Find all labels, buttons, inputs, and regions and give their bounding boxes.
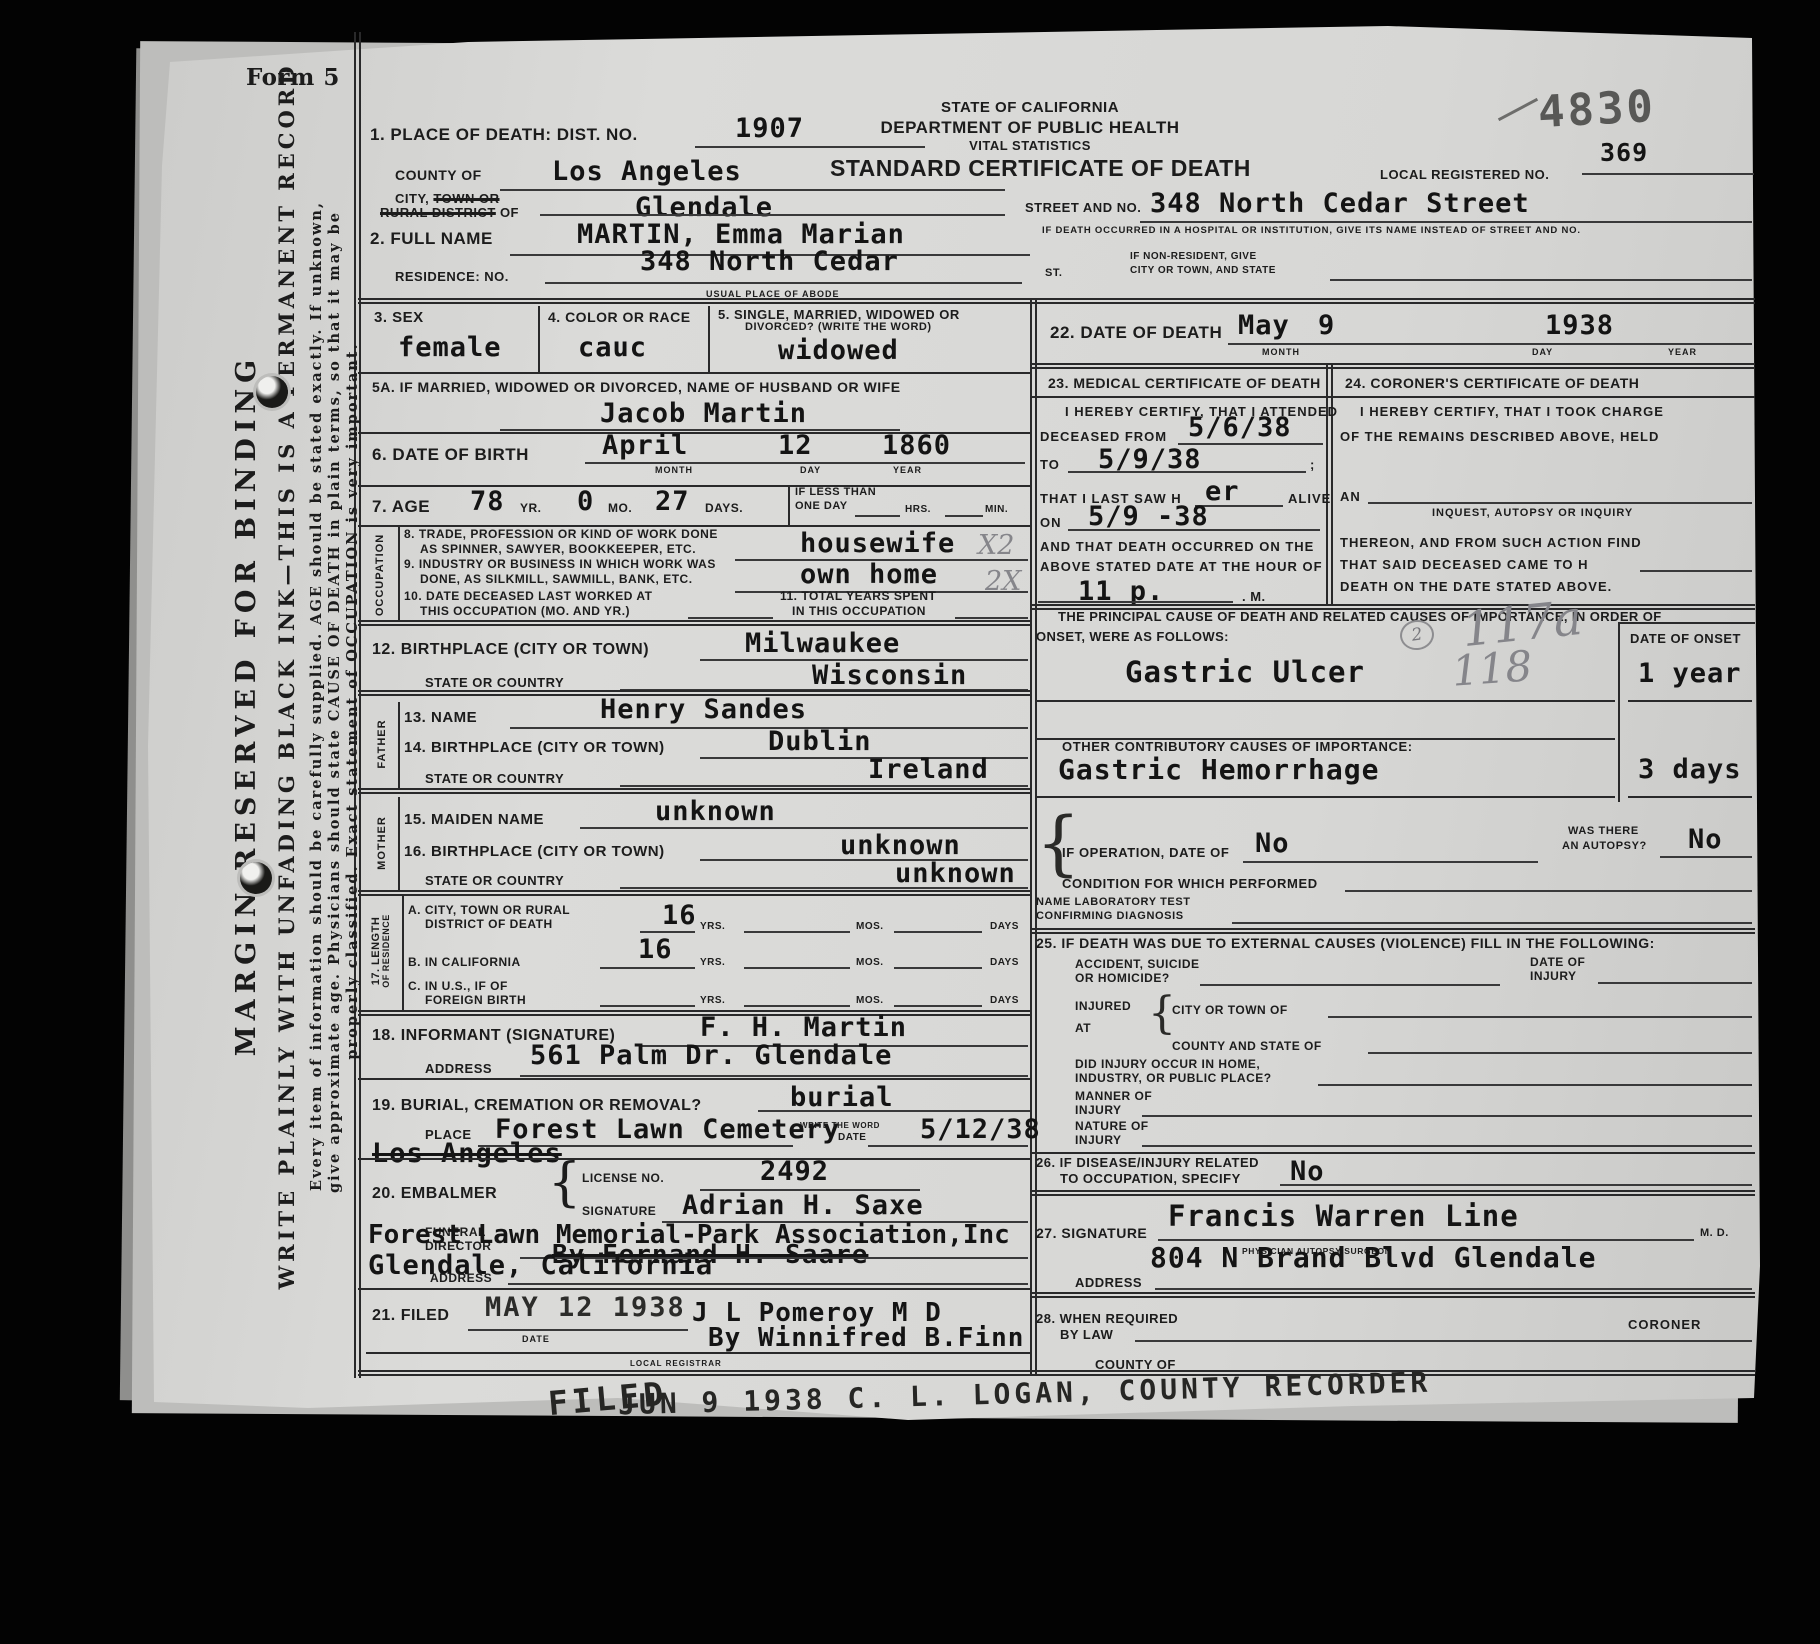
value-birth-day: 12 [778,432,813,459]
sublabel-month: MONTH [655,466,693,475]
rule [1368,502,1752,504]
rule [1280,1184,1752,1186]
rule [366,1352,1030,1354]
label-filed-date: DATE [522,1335,550,1344]
rule [538,306,540,372]
rule [1068,529,1320,531]
rule [1068,471,1306,473]
value-residence: 348 North Cedar [640,248,899,275]
value-other-cause: Gastric Hemorrhage [1058,756,1379,784]
label-lab-test1: NAME LABORATORY TEST [1036,897,1191,909]
rule [1032,1152,1755,1154]
label-sex: 3. SEX [374,310,424,326]
label-md: M. D. [1700,1228,1729,1240]
label-date-of-death: 22. DATE OF DEATH [1050,324,1222,342]
label-burial: 19. BURIAL, CREMATION OR REMOVAL? [372,1098,702,1115]
rule [894,931,982,933]
label-days-b: DAYS [990,958,1019,969]
label-embalmer-signature: SIGNATURE [582,1205,656,1218]
label-at: AT [1075,1022,1091,1035]
value-birth-year: 1860 [882,432,951,459]
rule [758,1110,1030,1112]
label-st: ST. [1045,268,1062,280]
note-write-the-word: WRITE THE WORD [800,1122,880,1130]
label-was-there: WAS THERE [1568,826,1639,838]
value-maiden-name: unknown [655,798,776,825]
rule [1135,1340,1752,1342]
rule [744,1005,850,1007]
value-burial: burial [790,1084,894,1111]
label-alive: ALIVE [1288,492,1331,506]
sidelabel-father: FATHER [370,702,396,786]
label-county-of-bottom: COUNTY OF [1095,1358,1176,1372]
header-department: DEPARTMENT OF PUBLIC HEALTH [855,119,1205,137]
rule [1628,700,1752,702]
label-filed: 21. FILED [372,1308,449,1325]
label-accident2: OR HOMICIDE? [1075,972,1170,985]
rule [1318,1084,1752,1086]
label-27-address: ADDRESS [1075,1276,1142,1290]
label-date-of-injury1: DATE OF [1530,956,1585,969]
sublabel-day: DAY [800,466,821,475]
value-26-no: No [1290,1158,1325,1185]
label-26-2: TO OCCUPATION, SPECIFY [1060,1172,1241,1186]
rule [398,702,400,788]
value-marital: widowed [778,337,899,364]
margin-note-line2: give approximate age. Physicians should … [326,188,344,1216]
label-min: MIN. [985,505,1008,516]
sublabel-death-year: YEAR [1668,348,1697,357]
rule [398,527,400,622]
value-17a-years: 16 [662,902,697,929]
label-9b: DONE, AS SILKMILL, SAWMILL, BANK, ETC. [420,573,693,586]
sublabel-death-month: MONTH [1262,348,1300,357]
value-embalmer-address: Glendale, California [368,1252,713,1279]
rule [1142,1145,1752,1147]
value-local-registered-no: 369 [1600,140,1648,165]
margin-binding-text: MARGIN RESERVED FOR BINDING [226,396,268,1014]
label-mother-state: STATE OR COUNTRY [425,874,564,888]
label-mos-b: MOS. [856,958,884,969]
label-lab-test2: CONFIRMING DIAGNOSIS [1036,911,1184,923]
value-age-years: 78 [470,488,505,515]
label-condition-performed: CONDITION FOR WHICH PERFORMED [1062,877,1318,891]
rule [1142,1115,1752,1117]
label-local-registered-no: LOCAL REGISTERED NO. [1380,168,1549,182]
rule [358,620,1032,626]
value-mother-birthplace: unknown [840,832,961,859]
value-spouse: Jacob Martin [600,400,807,427]
sidelabel-occupation: OCCUPATION [368,527,394,623]
rule [945,515,983,517]
value-father-name: Henry Sandes [600,696,807,723]
stamp-number: 4830 [1537,85,1657,135]
pencil-118: 118 [1451,645,1534,692]
rule [585,462,1025,464]
rule [540,214,1005,216]
rule [358,788,1032,794]
rule [1140,221,1752,223]
rule [1345,890,1752,892]
rule [1032,1292,1755,1298]
value-attended-to: 5/9/38 [1098,446,1202,473]
value-attended-from: 5/6/38 [1188,414,1292,441]
value-birthplace-state: Wisconsin [812,662,967,689]
rule [1628,796,1752,798]
label-burial-date: DATE [838,1133,866,1144]
label-hrs: HRS. [905,505,931,516]
header-state: STATE OF CALIFORNIA [880,100,1180,116]
text-24-6: THAT SAID DECEASED CAME TO H [1340,558,1589,572]
label-injury-home1: DID INJURY OCCUR IN HOME, [1075,1058,1260,1071]
label-28-1: 28. WHEN REQUIRED [1036,1312,1178,1326]
text-24-5: THEREON, AND FROM SUCH ACTION FIND [1340,536,1642,550]
rule [1032,396,1755,398]
value-license-no: 2492 [760,1158,829,1185]
value-death-year: 1938 [1545,312,1614,339]
rule [1660,856,1752,858]
value-principal-cause: Gastric Ulcer [1125,658,1365,687]
value-onset-1: 1 year [1638,660,1742,687]
value-physician-signature: Francis Warren Line [1168,1202,1519,1231]
text-23-7: AND THAT DEATH OCCURRED ON THE [1040,540,1314,554]
value-full-name: MARTIN, Emma Marian [577,221,905,248]
label-date-of-onset: DATE OF ONSET [1630,632,1741,646]
label-city-town: CITY, TOWN OR [395,192,500,206]
rule [1328,1016,1752,1018]
rule [744,931,850,933]
label-17b: B. IN CALIFORNIA [408,956,521,969]
header-medical-certificate: 23. MEDICAL CERTIFICATE OF DEATH [1048,376,1321,391]
value-death-day: 9 [1318,312,1335,339]
label-yrs-a: YRS. [700,922,725,933]
label-state-or-country: STATE OR COUNTRY [425,676,564,690]
rule [580,827,1028,829]
value-physician-address: 804 N Brand Blvd Glendale [1150,1244,1596,1272]
label-father-birthplace: 14. BIRTHPLACE (CITY OR TOWN) [404,740,665,756]
label-father-name: 13. NAME [404,710,477,726]
label-nature-of: NATURE OF [1075,1120,1149,1133]
rule [955,617,1028,619]
text-24-2: OF THE REMAINS DESCRIBED ABOVE, HELD [1340,430,1659,444]
value-sex: female [398,334,502,361]
value-autopsy-no: No [1688,826,1723,853]
label-accident1: ACCIDENT, SUICIDE [1075,958,1200,971]
label-17c1: C. IN U.S., IF OF [408,980,508,993]
note-nonresident2: CITY OR TOWN, AND STATE [1130,266,1276,277]
rule [688,617,773,619]
value-registrar-by: By Winnifred B.Finn [708,1325,1024,1351]
rule [600,1005,695,1007]
sidelabel-mother: MOTHER [370,797,396,889]
label-27-signature: 27. SIGNATURE [1036,1226,1147,1241]
value-onset-2: 3 days [1638,756,1742,783]
rule [358,372,1032,374]
rule [1618,622,1755,624]
label-local-registrar: LOCAL REGISTRAR [630,1360,722,1368]
rule [358,1010,1032,1016]
header-coroner-certificate: 24. CORONER'S CERTIFICATE OF DEATH [1345,376,1639,391]
label-city-or-town-of: CITY OR TOWN OF [1172,1004,1288,1017]
margin-note-line1: Every item of information should be care… [308,176,326,1216]
label-county-of: COUNTY OF [395,168,482,183]
label-8a: 8. TRADE, PROFESSION OR KIND OF WORK DON… [404,528,718,541]
rule [1243,861,1538,863]
label-birthplace: 12. BIRTHPLACE (CITY OR TOWN) [372,642,649,659]
rule [358,890,1032,896]
rule [1330,279,1752,281]
rule [545,282,1022,284]
rule [1155,1288,1752,1290]
label-11b: IN THIS OCCUPATION [792,605,926,618]
margin-note-line3: properly classified. Exact statement of … [344,306,362,1096]
value-street: 348 North Cedar Street [1150,190,1530,217]
label-yrs-c: YRS. [700,996,725,1007]
label-inquest: INQUEST, AUTOPSY OR INQUIRY [1432,508,1633,520]
label-marital2: DIVORCED? (WRITE THE WORD) [745,322,932,334]
rule [1232,922,1752,924]
value-county: Los Angeles [552,158,742,185]
rule [788,485,790,525]
value-informant-address: 561 Palm Dr. Glendale [530,1042,892,1069]
label-nature-injury: INJURY [1075,1134,1122,1147]
label-days: DAYS. [705,502,743,515]
label-less-than1: IF LESS THAN [795,487,876,499]
value-operation-no: No [1255,830,1290,857]
label-license-no: LICENSE NO. [582,1172,664,1185]
label-embalmer-address: ADDRESS [430,1272,492,1285]
rule [600,967,695,969]
value-age-months: 0 [577,488,594,515]
label-injury-home2: INDUSTRY, OR PUBLIC PLACE? [1075,1072,1272,1085]
sublabel-year: YEAR [893,466,922,475]
label-if-operation: IF OPERATION, DATE OF [1062,846,1229,860]
value-17b-years: 16 [638,936,673,963]
header-title: STANDARD CERTIFICATE OF DEATH [830,156,1240,180]
value-filed-date: MAY 12 1938 [485,1294,686,1321]
label-embalmer: 20. EMBALMER [372,1186,497,1203]
label-to: TO [1040,458,1060,472]
label-on: ON [1040,516,1062,530]
text-23-8: ABOVE STATED DATE AT THE HOUR OF [1040,560,1323,574]
label-manner-injury: INJURY [1075,1104,1122,1117]
label-yrs-b: YRS. [700,958,725,969]
scanned-death-certificate: Form 5 MARGIN RESERVED FOR BINDING WRITE… [0,0,1820,1644]
label-father-state: STATE OR COUNTRY [425,772,564,786]
label-full-name: 2. FULL NAME [370,230,493,248]
label-place-of-death: 1. PLACE OF DEATH: DIST. NO. [370,126,638,144]
label-mos-a: MOS. [856,922,884,933]
rule [500,429,900,431]
rule [868,1145,1028,1147]
label-17c2: FOREIGN BIRTH [425,994,526,1007]
label-deceased-from: DECEASED FROM [1040,430,1167,444]
rule [358,1078,1032,1080]
value-struck-los-angeles: Los Angeles [372,1140,562,1167]
rule [894,967,982,969]
value-color-race: cauc [578,334,647,361]
label-county-state-of: COUNTY AND STATE OF [1172,1040,1322,1053]
label-color-race: 4. COLOR OR RACE [548,310,691,325]
rule [1032,1190,1755,1196]
label-17a2: DISTRICT OF DEATH [425,918,553,931]
text-24-1: I HEREBY CERTIFY, THAT I TOOK CHARGE [1360,405,1664,419]
label-other-contributory: OTHER CONTRIBUTORY CAUSES OF IMPORTANCE: [1062,740,1413,754]
note-nonresident1: IF NON-RESIDENT, GIVE [1130,252,1257,263]
header-vital-statistics: VITAL STATISTICS [905,139,1155,153]
punch-hole [240,862,272,894]
struck-town-or: TOWN OR [433,191,499,206]
label-less-than2: ONE DAY [795,501,848,513]
label-an: AN [1340,490,1361,504]
rule [1032,363,1755,369]
rule [500,189,1005,191]
label-spouse: 5A. IF MARRIED, WIDOWED OR DIVORCED, NAM… [372,380,901,395]
value-birthplace-city: Milwaukee [745,630,900,657]
label-10b: THIS OCCUPATION (MO. AND YR.) [420,605,630,618]
value-city: Glendale [635,194,773,221]
label-m: . M. [1242,590,1266,604]
rule [1618,622,1620,802]
rule [508,1283,1028,1285]
rule [1326,363,1333,605]
rule [398,797,400,890]
label-mos-c: MOS. [856,996,884,1007]
label-rural-district: RURAL DISTRICT OF [380,206,519,220]
label-days-a: DAYS [990,922,1019,933]
rule [1032,928,1755,934]
rule [894,1005,982,1007]
header-external-causes: 25. IF DEATH WAS DUE TO EXTERNAL CAUSES … [1036,936,1655,951]
label-26-1: 26. IF DISEASE/INJURY RELATED [1036,1156,1259,1170]
label-coroner: CORONER [1628,1318,1701,1332]
text-semicolon: ; [1310,458,1315,472]
brace-glyph: { [1036,812,1081,875]
label-8b: AS SPINNER, SAWYER, BOOKKEEPER, ETC. [420,543,696,556]
label-mother-birthplace: 16. BIRTHPLACE (CITY OR TOWN) [404,844,665,860]
sublabel-death-day: DAY [1532,348,1553,357]
rule [358,298,1755,304]
note-hospital: IF DEATH OCCURRED IN A HOSPITAL OR INSTI… [1042,226,1581,236]
label-date-of-birth: 6. DATE OF BIRTH [372,446,529,464]
label-street-no: STREET AND NO. [1025,201,1141,215]
rule [358,1288,1032,1290]
rule [468,1329,688,1331]
pencil-mark-8: X2 [978,532,1014,559]
rule [402,894,404,1010]
label-mo: MO. [608,502,632,515]
rule [1035,796,1615,798]
label-age: 7. AGE [372,498,430,516]
rule [1640,570,1752,572]
label-9a: 9. INDUSTRY OR BUSINESS IN WHICH WORK WA… [404,558,716,571]
value-district-no: 1907 [735,115,804,142]
rule [520,1075,1028,1077]
label-residence-no: RESIDENCE: NO. [395,270,509,284]
label-days-c: DAYS [990,996,1019,1007]
value-industry: own home [800,561,938,588]
label-11a: 11. TOTAL YEARS SPENT [780,590,936,603]
value-last-saw-date: 5/9 -38 [1088,503,1209,530]
punch-hole [256,376,288,408]
label-injured: INJURED [1075,1000,1131,1013]
struck-rural-district: RURAL DISTRICT [380,205,496,220]
value-mother-state: unknown [895,860,1016,887]
rule [744,967,850,969]
rule [1228,343,1752,345]
rule [1035,700,1615,702]
value-birth-month: April [602,432,688,459]
rule [1582,173,1754,175]
value-embalmer-signature: Adrian H. Saxe [682,1192,924,1219]
rule [1598,982,1752,984]
value-burial-date: 5/12/38 [920,1116,1041,1143]
label-date-of-injury2: INJURY [1530,970,1577,983]
value-father-state: Ireland [868,756,989,783]
value-her: er [1205,478,1240,505]
rule [1200,984,1500,986]
label-informant-address: ADDRESS [425,1062,492,1076]
rule [640,931,695,933]
label-28-2: BY LAW [1060,1328,1113,1342]
value-informant: F. H. Martin [700,1014,907,1041]
rule [708,306,710,372]
text-principal-cause2: ONSET, WERE AS FOLLOWS: [1036,630,1229,644]
rule [620,785,1028,787]
rule [1038,601,1233,603]
value-age-days: 27 [655,488,690,515]
label-an-autopsy: AN AUTOPSY? [1562,841,1647,853]
label-marital1: 5. SINGLE, MARRIED, WIDOWED OR [718,308,960,322]
label-17a1: A. CITY, TOWN OR RURAL [408,904,570,917]
rule [695,146,925,148]
brace-glyph: { [548,1160,581,1207]
label-yr: YR. [520,502,542,515]
sidelabel-length-of-residence: 17. LENGTH OF RESIDENCE [362,894,400,1008]
label-maiden-name: 15. MAIDEN NAME [404,812,544,828]
value-father-birthplace: Dublin [768,728,872,755]
label-10a: 10. DATE DECEASED LAST WORKED AT [404,590,652,603]
rule [358,1158,1032,1160]
rule [620,887,1028,889]
rule [855,515,900,517]
rule [1368,1052,1752,1054]
rule [358,485,1032,487]
margin-permanent-record-text: WRITE PLAINLY WITH UNFADING BLACK INK—TH… [272,112,302,1240]
value-trade: housewife [800,530,955,557]
label-manner-of: MANNER OF [1075,1090,1152,1103]
value-death-month: May [1238,312,1290,339]
